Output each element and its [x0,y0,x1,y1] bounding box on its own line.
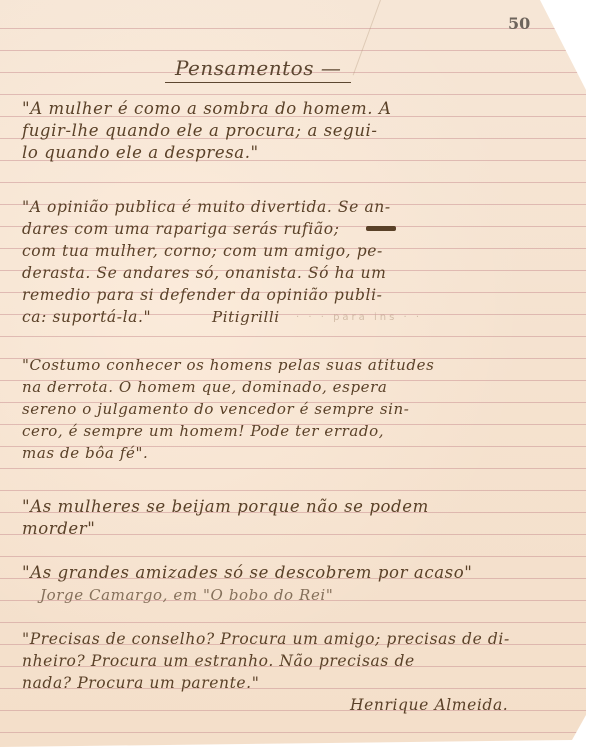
quote-line: "As mulheres se beijam porque não se pod… [22,496,429,518]
quote-line: mas de bôa fé". [22,442,434,464]
quote-line: "A opinião publica é muito divertida. Se… [22,196,391,218]
quote-line: nada? Procura um parente." [22,672,510,694]
manuscript-page: 50 Pensamentos — "A mulher é como a somb… [0,0,586,747]
quote-2: "A opinião publica é muito divertida. Se… [22,196,391,328]
quote-line: "Precisas de conselho? Procura um amigo;… [22,628,510,650]
quote-line: na derrota. O homem que, dominado, esper… [22,376,434,398]
quote-line: remedio para si defender da opinião publ… [22,284,391,306]
quote-5: "As grandes amizades só se descobrem por… [22,562,472,584]
attribution-pitigrilli: Pitigrilli [212,306,280,328]
quote-line: fugir-lhe quando ele a procura; a segui- [22,120,391,142]
bleed-through-text: · · · para ins · · [296,312,422,323]
quote-1: "A mulher é como a sombra do homem. A fu… [22,98,391,164]
quote-line: lo quando ele a despresa." [22,142,391,164]
quote-6: "Precisas de conselho? Procura um amigo;… [22,628,510,694]
quote-line: derasta. Se andares só, onanista. Só ha … [22,262,391,284]
page-title: Pensamentos — [165,56,351,83]
quote-line: com tua mulher, corno; com um amigo, pe- [22,240,391,262]
attribution-henrique-almeida: Henrique Almeida. [350,694,508,716]
attribution-jorge-camargo: Jorge Camargo, em "O bobo do Rei" [40,584,333,606]
quote-line: "A mulher é como a sombra do homem. A [22,98,391,120]
quote-line: "As grandes amizades só se descobrem por… [22,562,472,584]
page-number: 50 [508,14,530,33]
quote-line: dares com uma rapariga serás rufião; [22,218,391,240]
quote-line: morder" [22,518,429,540]
quote-4: "As mulheres se beijam porque não se pod… [22,496,429,540]
quote-line: "Costumo conhecer os homens pelas suas a… [22,354,434,376]
quote-line: nheiro? Procura um estranho. Não precisa… [22,650,510,672]
quote-line: sereno o julgamento do vencedor é sempre… [22,398,434,420]
quote-3: "Costumo conhecer os homens pelas suas a… [22,354,434,464]
quote-line: cero, é sempre um homem! Pode ter errado… [22,420,434,442]
crossed-out-word [366,226,396,231]
